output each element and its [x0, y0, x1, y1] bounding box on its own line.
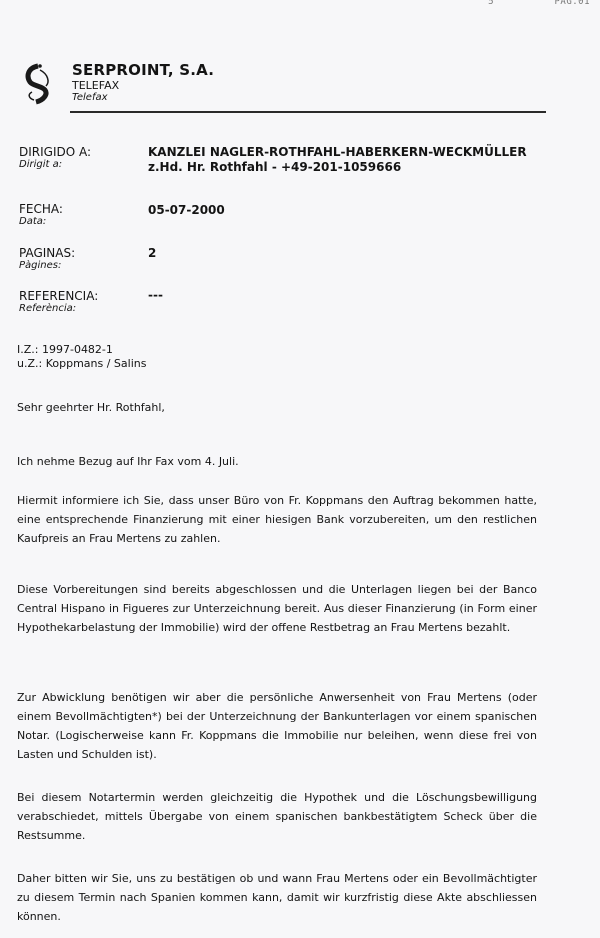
pages-value: 2 [148, 245, 156, 261]
field-date: FECHA: Data: [19, 202, 63, 228]
other-reference: u.Z.: Koppmans / Salins [17, 357, 537, 371]
fax-page-indicator: PAG.01 [554, 0, 590, 7]
body-paragraph: Bei diesem Notartermin werden gleichzeit… [17, 788, 537, 845]
fax-number: 5 [488, 0, 494, 7]
date-value: 05-07-2000 [148, 202, 225, 218]
document-type: TELEFAX [72, 79, 214, 92]
field-label-alt: Dirigit a: [19, 159, 91, 171]
field-label-alt: Data: [19, 216, 63, 228]
field-label: PAGINAS: [19, 246, 75, 260]
body-paragraph: Zur Abwicklung benötigen wir aber die pe… [17, 688, 537, 764]
reference-value: --- [148, 287, 163, 303]
body-paragraph: Diese Vorbereitungen sind bereits abgesc… [17, 580, 537, 637]
field-reference: REFERENCIA: Referència: [19, 289, 98, 315]
serpro-s-logo-icon [24, 62, 52, 106]
internal-reference: I.Z.: 1997-0482-1 [17, 343, 537, 357]
field-label: REFERENCIA: [19, 289, 98, 303]
body-paragraph: Ich nehme Bezug auf Ihr Fax vom 4. Juli. [17, 452, 537, 471]
recipient-contact: z.Hd. Hr. Rothfahl - +49-201-1059666 [148, 159, 401, 175]
field-to: DIRIGIDO A: Dirigit a: [19, 145, 91, 171]
field-label-alt: Referència: [19, 303, 98, 315]
company-name: SERPROINT, S.A. [72, 62, 214, 79]
salutation: Sehr geehrter Hr. Rothfahl, [17, 398, 537, 417]
field-label: DIRIGIDO A: [19, 145, 91, 159]
field-pages: PAGINAS: Pàgines: [19, 246, 75, 272]
document-type-alt: Telefax [72, 92, 214, 104]
field-label: FECHA: [19, 202, 63, 216]
recipient-firm: KANZLEI NAGLER-ROTHFAHL-HABERKERN-WECKMÜ… [148, 144, 527, 160]
body-paragraph: Hiermit informiere ich Sie, dass unser B… [17, 491, 537, 548]
header-divider [70, 111, 546, 113]
body-paragraph: Daher bitten wir Sie, uns zu bestätigen … [17, 869, 537, 926]
company-block: SERPROINT, S.A. TELEFAX Telefax [72, 62, 214, 104]
field-label-alt: Pàgines: [19, 260, 75, 272]
